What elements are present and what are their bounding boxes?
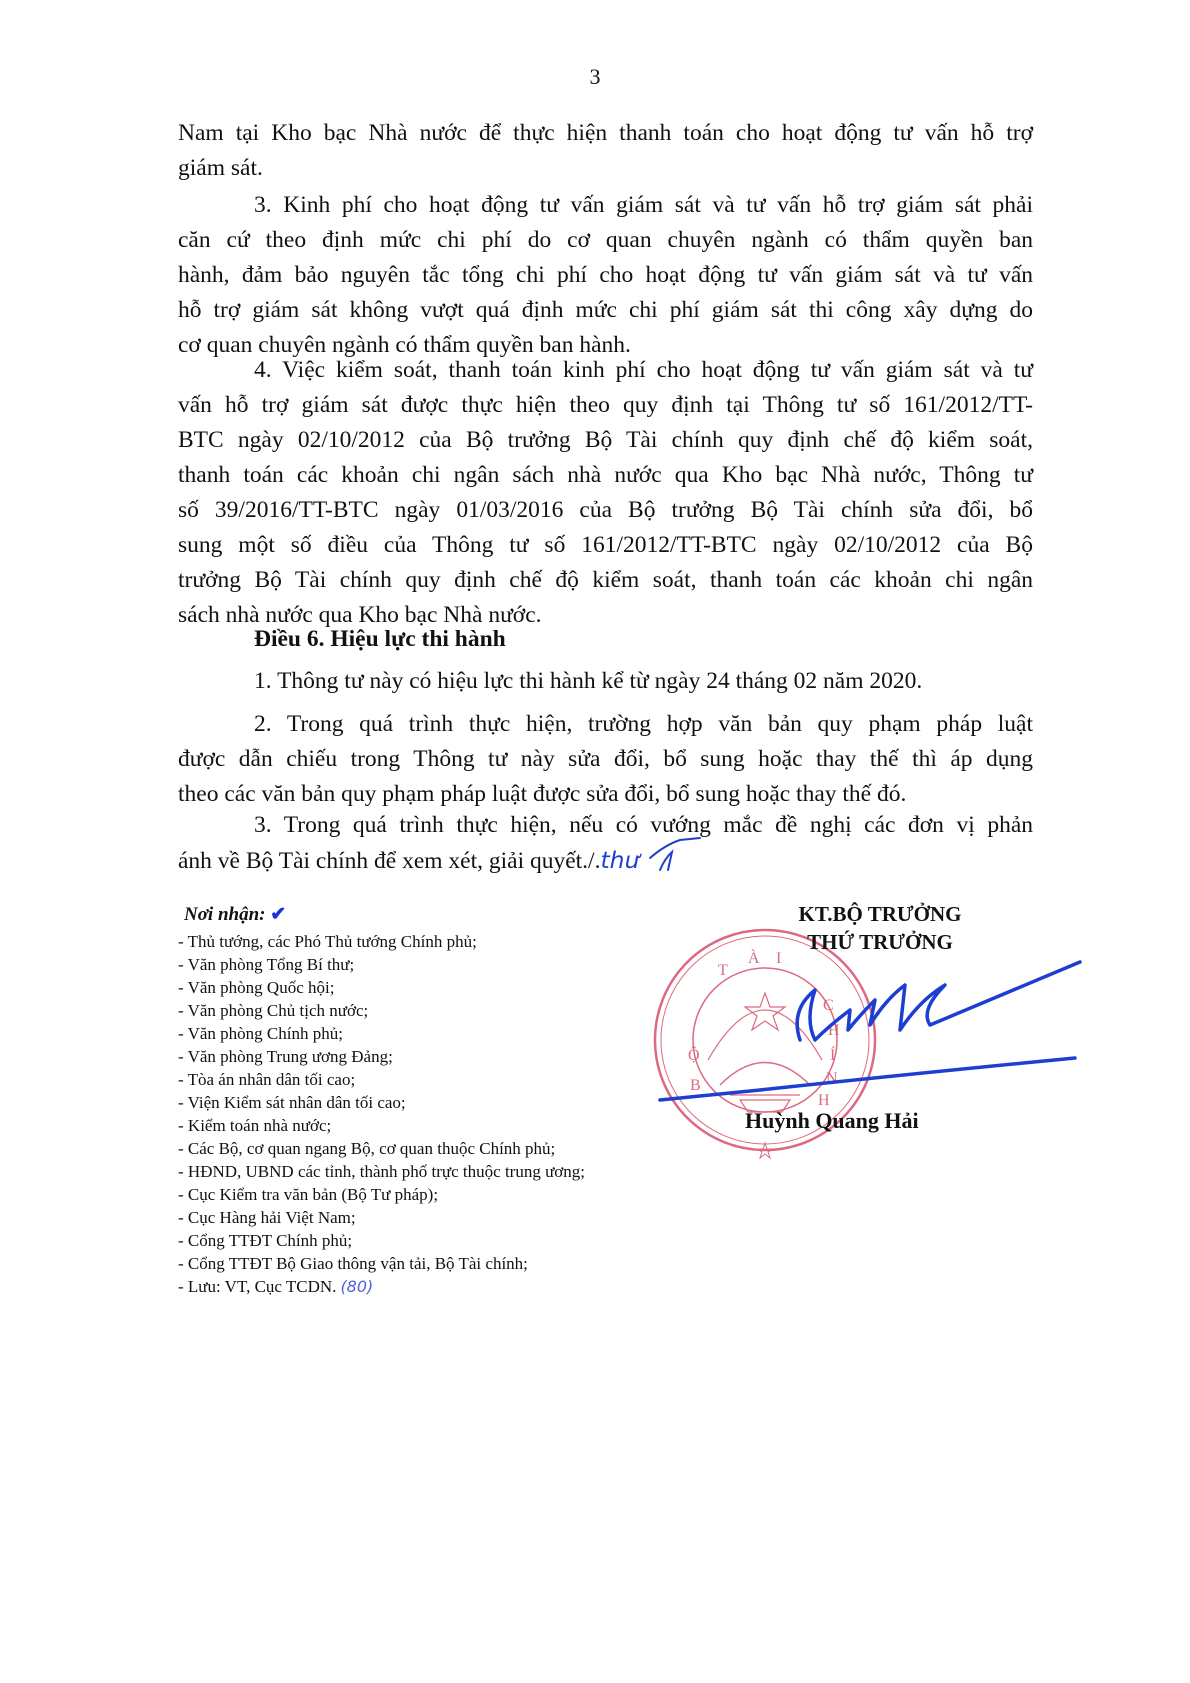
text-line: hỗ trợ giám sát không vượt quá định mức … (178, 293, 1033, 328)
article-6-clause-2: 2. Trong quá trình thực hiện, trường hợp… (178, 707, 1033, 812)
text-line: hành, đảm bảo nguyên tắc tổng chi phí ch… (178, 258, 1033, 293)
page-number: 3 (0, 64, 1190, 90)
signer-name: Huỳnh Quang Hải (745, 1108, 919, 1134)
article-heading: Điều 6. Hiệu lực thi hành (178, 622, 1033, 657)
recipient-item: - Văn phòng Trung ương Đảng; (178, 1045, 698, 1068)
text-line: giám sát. (178, 151, 1033, 186)
recipient-item-text: - Lưu: VT, Cục TCDN. (178, 1277, 336, 1296)
paragraph-clause-4: 4. Việc kiểm soát, thanh toán kinh phí c… (178, 353, 1033, 633)
recipient-item: - HĐND, UBND các tỉnh, thành phố trực th… (178, 1160, 698, 1183)
text-line: ánh về Bộ Tài chính để xem xét, giải quy… (178, 843, 1033, 878)
handwritten-initial-mark: thư (600, 846, 639, 874)
recipient-item: - Thủ tướng, các Phó Thủ tướng Chính phủ… (178, 930, 698, 953)
recipient-item: - Cổng TTĐT Bộ Giao thông vận tải, Bộ Tà… (178, 1252, 698, 1275)
text-line: 3. Trong quá trình thực hiện, nếu có vướ… (178, 808, 1033, 843)
text-line: sung một số điều của Thông tư số 161/201… (178, 528, 1033, 563)
text-line: Nam tại Kho bạc Nhà nước để thực hiện th… (178, 116, 1033, 151)
text-line: 1. Thông tư này có hiệu lực thi hành kể … (178, 664, 1033, 699)
copies-count-note: (80) (340, 1277, 373, 1296)
recipient-item: - Cục Kiểm tra văn bản (Bộ Tư pháp); (178, 1183, 698, 1206)
recipient-item: - Văn phòng Quốc hội; (178, 976, 698, 999)
article-6-clause-3: 3. Trong quá trình thực hiện, nếu có vướ… (178, 808, 1033, 878)
text-line: 4. Việc kiểm soát, thanh toán kinh phí c… (178, 353, 1033, 388)
recipient-item: - Lưu: VT, Cục TCDN.(80) (178, 1275, 698, 1298)
text-line: 3. Kinh phí cho hoạt động tư vấn giám sá… (178, 188, 1033, 223)
text-line: trưởng Bộ Tài chính quy định chế độ kiểm… (178, 563, 1033, 598)
text-line: số 39/2016/TT-BTC ngày 01/03/2016 của Bộ… (178, 493, 1033, 528)
paragraph-clause-3: 3. Kinh phí cho hoạt động tư vấn giám sá… (178, 188, 1033, 363)
recipients-block: Nơi nhận: ✔ - Thủ tướng, các Phó Thủ tướ… (178, 900, 698, 1298)
recipient-item: - Các Bộ, cơ quan ngang Bộ, cơ quan thuộ… (178, 1137, 698, 1160)
recipient-item: - Văn phòng Tổng Bí thư; (178, 953, 698, 976)
text-line: BTC ngày 02/10/2012 của Bộ trưởng Bộ Tài… (178, 423, 1033, 458)
recipient-item: - Viện Kiểm sát nhân dân tối cao; (178, 1091, 698, 1114)
recipient-item: - Tòa án nhân dân tối cao; (178, 1068, 698, 1091)
recipients-title: Nơi nhận: ✔ (178, 900, 698, 930)
paragraph-continuation: Nam tại Kho bạc Nhà nước để thực hiện th… (178, 116, 1033, 186)
recipient-item: - Cục Hàng hải Việt Nam; (178, 1206, 698, 1229)
check-mark-icon: ✔ (270, 904, 286, 925)
text-line-content: ánh về Bộ Tài chính để xem xét, giải quy… (178, 848, 600, 874)
article-6: Điều 6. Hiệu lực thi hành (178, 622, 1033, 657)
text-line: căn cứ theo định mức chi phí do cơ quan … (178, 223, 1033, 258)
recipient-item: - Cổng TTĐT Chính phủ; (178, 1229, 698, 1252)
recipients-title-text: Nơi nhận: (184, 904, 265, 925)
text-line: 2. Trong quá trình thực hiện, trường hợp… (178, 707, 1033, 742)
text-line: thanh toán các khoản chi ngân sách nhà n… (178, 458, 1033, 493)
recipient-item: - Kiểm toán nhà nước; (178, 1114, 698, 1137)
article-6-clause-1: 1. Thông tư này có hiệu lực thi hành kể … (178, 664, 1033, 699)
recipient-item: - Văn phòng Chủ tịch nước; (178, 999, 698, 1022)
text-line: vấn hỗ trợ giám sát được thực hiện theo … (178, 388, 1033, 423)
recipient-list: - Thủ tướng, các Phó Thủ tướng Chính phủ… (178, 930, 698, 1298)
signature-title-line1: KT.BỘ TRƯỞNG (750, 902, 1010, 927)
recipient-item: - Văn phòng Chính phủ; (178, 1022, 698, 1045)
signature-title-line2: THỨ TRƯỞNG (750, 930, 1010, 955)
text-line: được dẫn chiếu trong Thông tư này sửa đổ… (178, 742, 1033, 777)
text-line: theo các văn bản quy phạm pháp luật được… (178, 777, 1033, 812)
